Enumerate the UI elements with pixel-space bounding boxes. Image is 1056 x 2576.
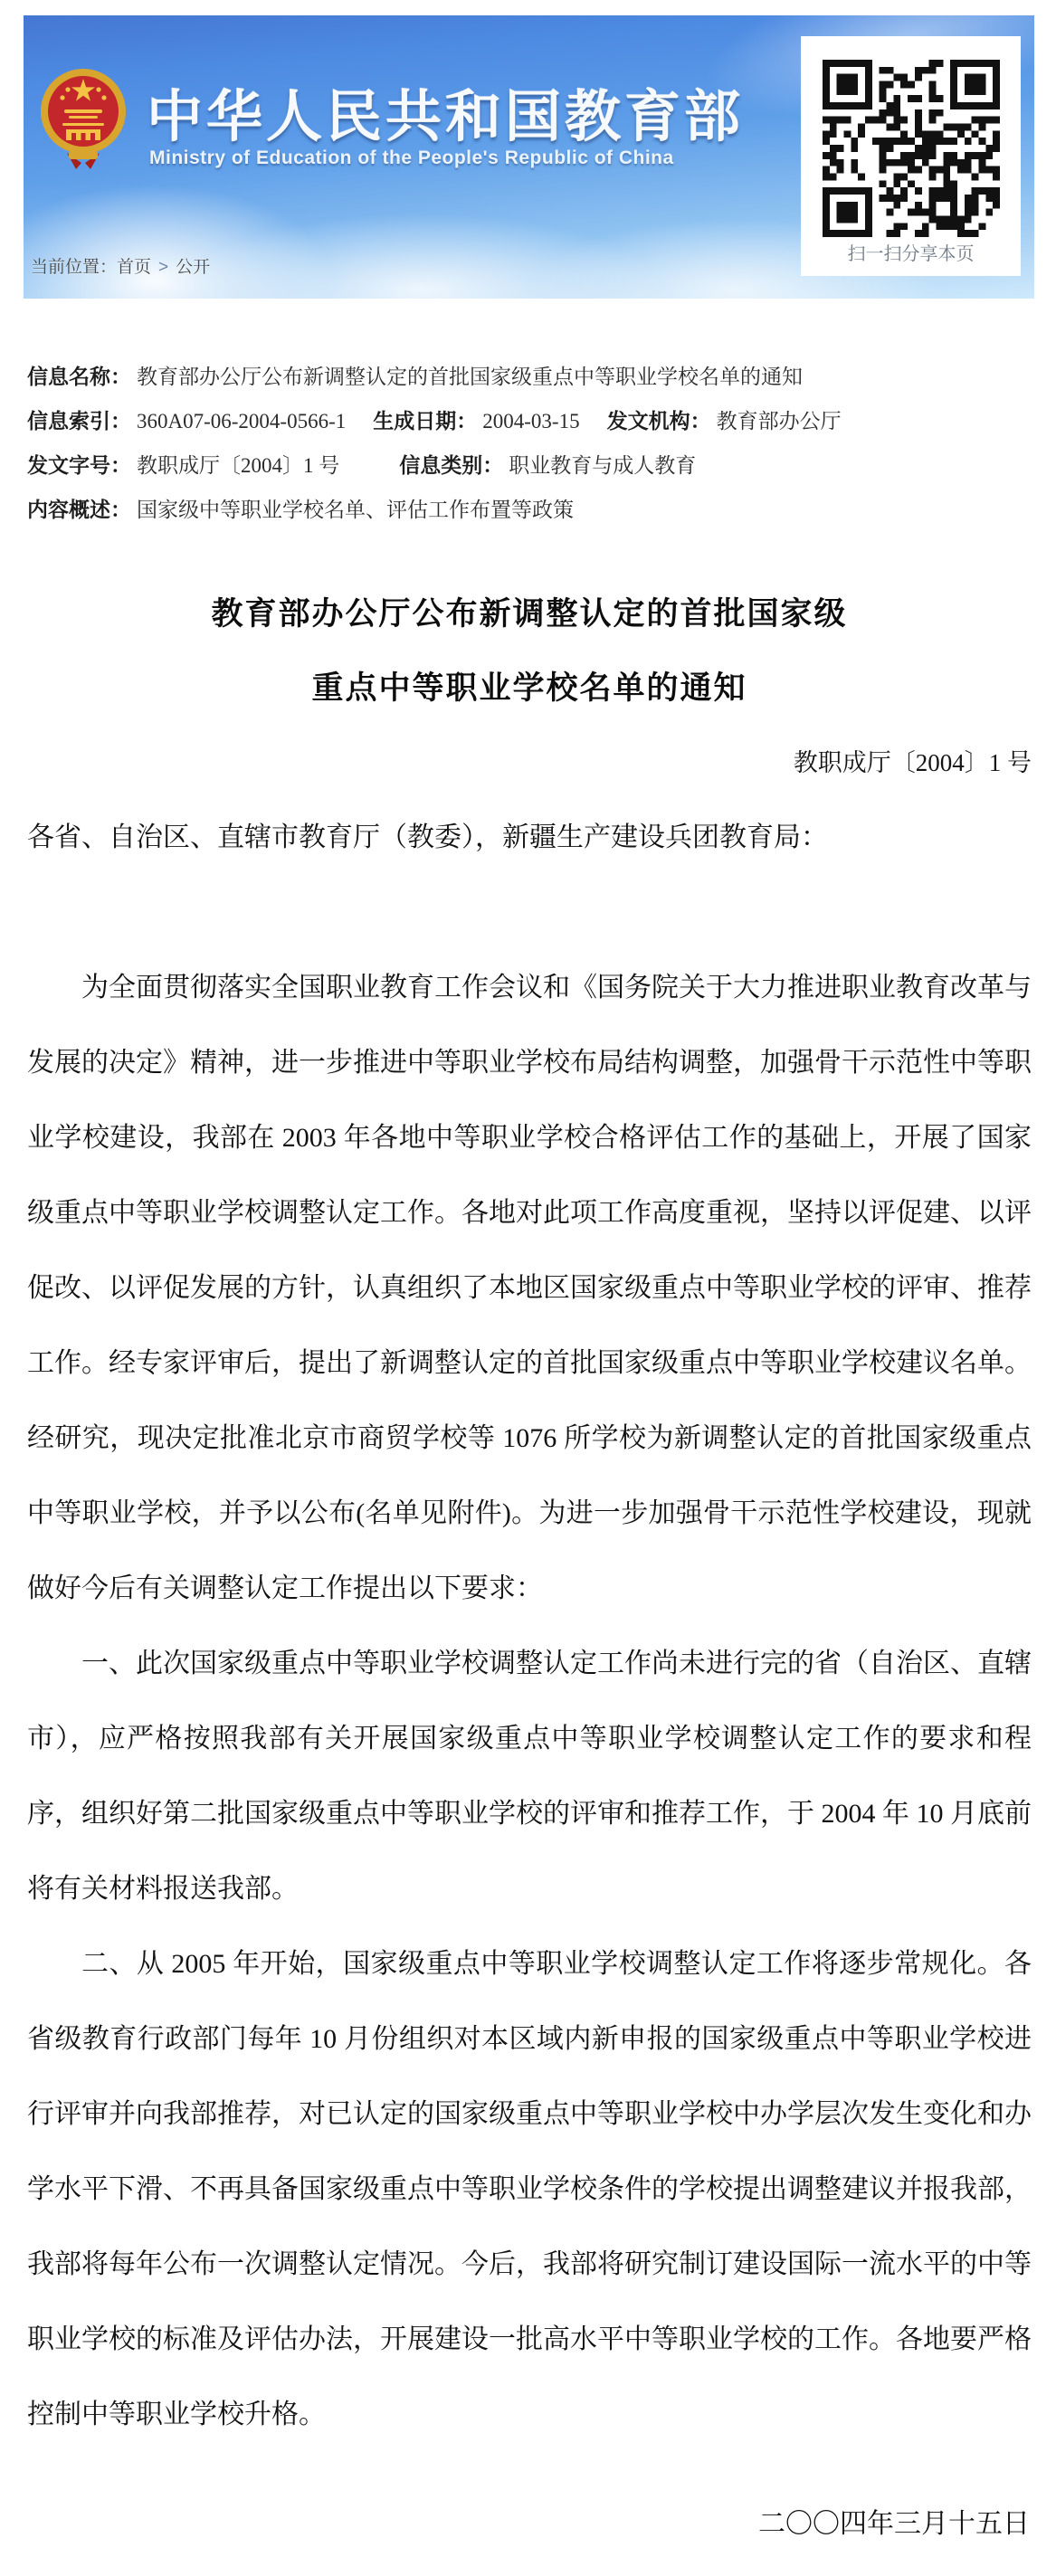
breadcrumb-separator-icon: > bbox=[158, 258, 168, 277]
meta-value: 教育部办公厅 bbox=[717, 410, 842, 433]
meta-row: 内容概述：国家级中等职业学校名单、评估工作布置等政策 bbox=[27, 488, 1029, 532]
meta-label: 信息索引： bbox=[27, 409, 131, 433]
paragraph: 一、此次国家级重点中等职业学校调整认定工作尚未进行完的省（自治区、直辖市），应严… bbox=[27, 1626, 1032, 1926]
breadcrumb-label: 当前位置： bbox=[31, 258, 117, 277]
paragraph: 为全面贯彻落实全国职业教育工作会议和《国务院关于大力推进职业教育改革与发展的决定… bbox=[27, 950, 1032, 1626]
meta-label: 信息名称： bbox=[27, 365, 131, 388]
qr-panel: 扫一扫分享本页 bbox=[801, 36, 1021, 276]
qr-code bbox=[823, 60, 1000, 237]
meta-value: 360A07-06-2004-0566-1 bbox=[137, 410, 346, 433]
meta-value: 职业教育与成人教育 bbox=[509, 454, 696, 477]
meta-label: 发文机构： bbox=[607, 409, 711, 433]
document-title: 教育部办公厅公布新调整认定的首批国家级 重点中等职业学校名单的通知 bbox=[27, 577, 1032, 726]
national-emblem-icon bbox=[38, 66, 128, 175]
document-number: 教职成厅〔2004〕1 号 bbox=[27, 726, 1032, 800]
meta-value: 教育部办公厅公布新调整认定的首批国家级重点中等职业学校名单的通知 bbox=[137, 366, 803, 388]
meta-label: 信息类别： bbox=[399, 453, 503, 477]
site-subtitle: Ministry of Education of the People's Re… bbox=[149, 147, 674, 169]
breadcrumb: 当前位置：首页>公开 bbox=[31, 253, 210, 278]
meta-row: 发文字号：教职成厅〔2004〕1 号信息类别：职业教育与成人教育 bbox=[27, 443, 1029, 488]
meta-value: 教职成厅〔2004〕1 号 bbox=[137, 454, 339, 477]
meta-row: 信息索引：360A07-06-2004-0566-1生成日期：2004-03-1… bbox=[27, 399, 1029, 443]
site-header: 中华人民共和国教育部 Ministry of Education of the … bbox=[24, 15, 1034, 299]
meta-value: 国家级中等职业学校名单、评估工作布置等政策 bbox=[137, 499, 574, 521]
meta-label: 内容概述： bbox=[27, 498, 131, 521]
document-title-line2: 重点中等职业学校名单的通知 bbox=[311, 670, 747, 706]
salutation: 各省、自治区、直辖市教育厅（教委），新疆生产建设兵团教育局： bbox=[27, 800, 1032, 875]
meta-value: 2004-03-15 bbox=[482, 410, 579, 433]
meta-label: 发文字号： bbox=[27, 453, 131, 477]
document-title-line1: 教育部办公厅公布新调整认定的首批国家级 bbox=[211, 596, 847, 632]
document-body: 教育部办公厅公布新调整认定的首批国家级 重点中等职业学校名单的通知 教职成厅〔2… bbox=[27, 577, 1032, 2562]
breadcrumb-home-link[interactable]: 首页 bbox=[117, 258, 151, 277]
cloud-decoration bbox=[177, 213, 666, 299]
cloud-decoration bbox=[24, 176, 349, 299]
meta-row: 信息名称：教育部办公厅公布新调整认定的首批国家级重点中等职业学校名单的通知 bbox=[27, 355, 1029, 399]
document-date: 二〇〇四年三月十五日 bbox=[27, 2486, 1032, 2562]
paragraph: 二、从 2005 年开始，国家级重点中等职业学校调整认定工作将逐步常规化。各省级… bbox=[27, 1926, 1032, 2452]
page: 中华人民共和国教育部 Ministry of Education of the … bbox=[0, 0, 1056, 2576]
site-title: 中华人民共和国教育部 bbox=[147, 71, 744, 152]
breadcrumb-current-link[interactable]: 公开 bbox=[176, 258, 210, 277]
meta-section: 信息名称：教育部办公厅公布新调整认定的首批国家级重点中等职业学校名单的通知 信息… bbox=[27, 355, 1029, 532]
meta-label: 生成日期： bbox=[373, 409, 477, 433]
qr-caption: 扫一扫分享本页 bbox=[801, 239, 1021, 265]
